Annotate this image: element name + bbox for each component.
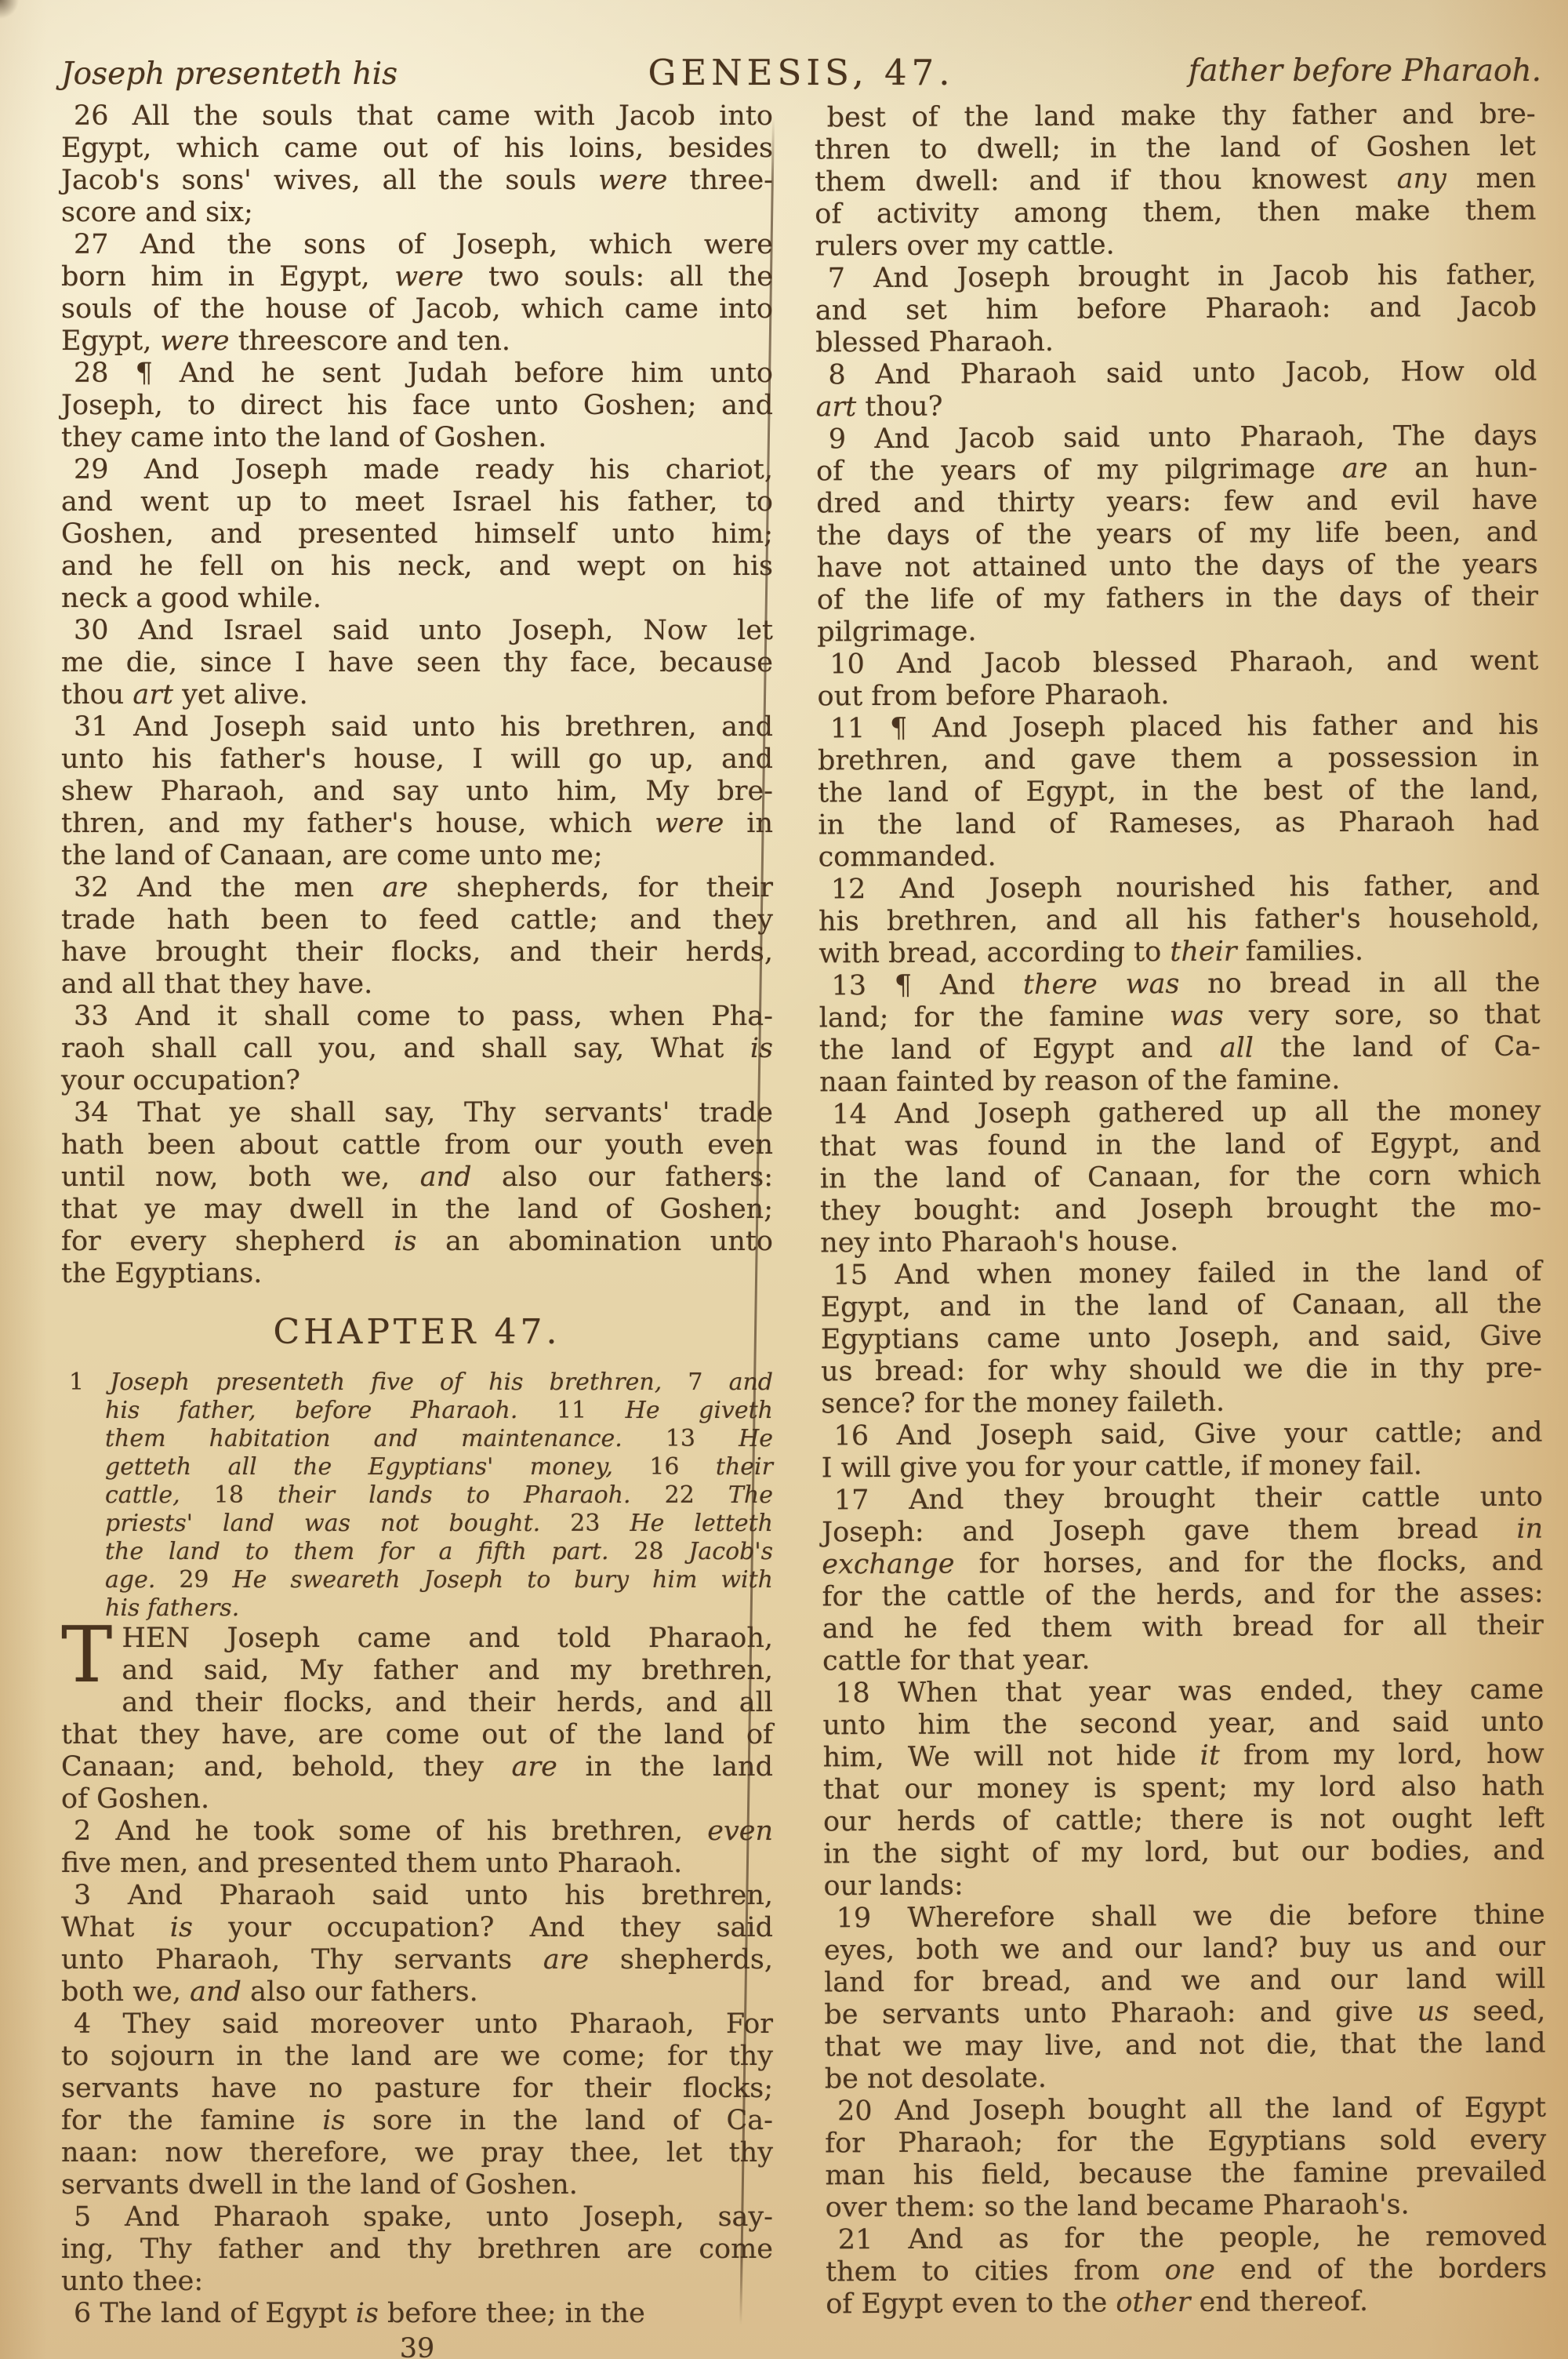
text-line: shew Pharaoh, and say unto him, My bre- (61, 776, 773, 808)
text-line: that ye may dwell in the land of Goshen; (61, 1194, 773, 1226)
text-line: man his field, because the famine prevai… (825, 2157, 1546, 2193)
text-line: raoh shall call you, and shall say, What… (61, 1033, 773, 1065)
text-line: servants have no pasture for their flock… (61, 2073, 773, 2105)
text-line: 28 ¶ And he sent Judah before him unto (61, 358, 773, 390)
verse-paragraph: 27 And the sons of Joseph, which werebor… (61, 229, 773, 358)
verse-paragraph: 30 And Israel said unto Joseph, Now letm… (61, 615, 773, 711)
left-column-text: 26 All the souls that came with Jacob in… (61, 100, 773, 2330)
text-line: for the cattle of the herds, and for the… (822, 1578, 1543, 1614)
text-line: in the sight of my lord, but our bodies,… (823, 1835, 1544, 1871)
chapter-summary: 1 Joseph presenteth five of his brethren… (61, 1369, 773, 1623)
text-line: 10 And Jacob blessed Pharaoh, and went (817, 645, 1538, 682)
text-line: be not desolate. (825, 2060, 1546, 2096)
text-line: rulers over my cattle. (815, 227, 1536, 264)
text-line: to sojourn in the land are we come; for … (61, 2041, 773, 2073)
text-line: Goshen, and presented himself unto him; (61, 518, 773, 551)
verse-paragraph: 12 And Joseph nourished his father, andh… (818, 871, 1541, 971)
text-line: 7 And Joseph brought in Jacob his father… (815, 260, 1537, 296)
text-line: art thou? (816, 388, 1537, 424)
text-line: them to cities from one end of the borde… (826, 2253, 1547, 2289)
text-line: of the life of my fathers in the days of… (817, 581, 1538, 617)
text-line: trade hath been to feed cattle; and they (61, 904, 773, 936)
verse-paragraph: 26 All the souls that came with Jacob in… (61, 100, 773, 229)
text-line: brethren, and gave them a possession in (818, 742, 1539, 778)
text-line: them habitation and maintenance. 13 He (61, 1425, 773, 1453)
text-line: naan fainted by reason of the famine. (819, 1063, 1541, 1100)
verse-paragraph: 4 They said moreover unto Pharaoh, Forto… (61, 2008, 773, 2201)
text-line: priests' land was not bought. 23 He lett… (61, 1510, 773, 1538)
verse-paragraph: 8 And Pharaoh said unto Jacob, How oldar… (815, 356, 1537, 424)
text-line: land for bread, and we and our land will (824, 1964, 1545, 2000)
text-line: both we, and also our fathers. (61, 1976, 773, 2008)
verse-paragraph: 18 When that year was ended, they cameun… (822, 1674, 1544, 1903)
verse-paragraph: 5 And Pharaoh spake, unto Joseph, say-in… (61, 2201, 773, 2298)
text-line: them dwell: and if thou knowest any men (815, 163, 1536, 199)
text-line: that was found in the land of Egypt, and (819, 1128, 1541, 1164)
text-line: thren to dwell; in the land of Goshen le… (815, 131, 1536, 167)
verse-paragraph: 20 And Joseph bought all the land of Egy… (825, 2092, 1547, 2225)
verse-paragraph: 34 That ye shall say, Thy servants' trad… (61, 1097, 773, 1290)
text-line: over them: so the land became Pharaoh's. (826, 2189, 1547, 2225)
verse-paragraph: 29 And Joseph made ready his chariot,and… (61, 454, 773, 615)
text-line: the land of Egypt, in the best of the la… (818, 774, 1539, 810)
text-line: and went up to meet Israel his father, t… (61, 486, 773, 518)
text-line: 31 And Joseph said unto his brethren, an… (61, 711, 773, 743)
text-line: 26 All the souls that came with Jacob in… (61, 100, 773, 133)
text-line: us bread: for why should we die in thy p… (821, 1353, 1542, 1389)
text-line: cattle for that year. (822, 1642, 1544, 1678)
verse-paragraph: 9 And Jacob said unto Pharaoh, The dayso… (816, 420, 1538, 649)
dropcap-initial: T (61, 1623, 122, 1688)
text-line: your occupation? (61, 1065, 773, 1097)
running-header: Joseph presenteth his GENESIS, 47. fathe… (61, 52, 1541, 93)
text-line: 19 Wherefore shall we die before thine (824, 1899, 1545, 1936)
text-line: 5 And Pharaoh spake, unto Joseph, say- (61, 2201, 773, 2234)
text-line: souls of the house of Jacob, which came … (61, 293, 773, 325)
verse-paragraph: 14 And Joseph gathered up all the moneyt… (819, 1096, 1541, 1260)
text-line: the Egyptians. (61, 1258, 773, 1290)
text-line: in the land of Rameses, as Pharaoh had (818, 806, 1539, 842)
text-line: in the land of Canaan, for the corn whic… (820, 1160, 1541, 1196)
text-line: dred and thirty years: few and evil have (816, 485, 1537, 521)
text-line: and said, My father and my brethren, (61, 1655, 773, 1687)
text-line: What is your occupation? And they said (61, 1912, 773, 1944)
text-line: unto his father's house, I will go up, a… (61, 743, 773, 776)
text-line: for Pharaoh; for the Egyptians sold ever… (825, 2125, 1546, 2161)
text-line: him, We will not hide it from my lord, h… (823, 1739, 1544, 1775)
text-line: Egypt, were threescore and ten. (61, 325, 773, 358)
text-line: unto him the second year, and said unto (822, 1707, 1544, 1743)
text-line: be servants unto Pharaoh: and give us se… (824, 1996, 1545, 2032)
verse-paragraph: 28 ¶ And he sent Judah before him untoJo… (61, 358, 773, 454)
text-line: for every shepherd is an abomination unt… (61, 1226, 773, 1258)
chapter-heading: CHAPTER 47. (61, 1314, 773, 1351)
text-line: born him in Egypt, were two souls: all t… (61, 261, 773, 293)
text-line: 17 And they brought their cattle unto (822, 1481, 1543, 1518)
text-line: pilgrimage. (817, 613, 1538, 649)
text-line: with bread, according to their families. (818, 935, 1540, 971)
text-line: the days of the years of my life been, a… (816, 517, 1537, 553)
text-line: sence? for the money faileth. (821, 1385, 1542, 1421)
text-line: 12 And Joseph nourished his father, and (818, 871, 1540, 907)
text-line: out from before Pharaoh. (817, 678, 1538, 714)
text-line: 18 When that year was ended, they came (822, 1674, 1544, 1710)
text-line: 30 And Israel said unto Joseph, Now let (61, 615, 773, 647)
verse-paragraph: 6 The land of Egypt is before thee; in t… (61, 2298, 773, 2330)
text-line: thren, and my father's house, which were… (61, 808, 773, 840)
verse-paragraph: 3 And Pharaoh said unto his brethren,Wha… (61, 1880, 773, 2008)
text-line: and he fell on his neck, and wept on his (61, 551, 773, 583)
verse-paragraph: 15 And when money failed in the land ofE… (820, 1256, 1542, 1421)
text-line: blessed Pharaoh. (815, 324, 1537, 360)
verse-paragraph: 11 ¶ And Joseph placed his father and hi… (818, 710, 1540, 874)
text-line: have brought their flocks, and their her… (61, 936, 773, 969)
text-line: 1 Joseph presenteth five of his brethren… (61, 1369, 773, 1397)
text-line: thou art yet alive. (61, 679, 773, 711)
verse-paragraph: 33 And it shall come to pass, when Pha-r… (61, 1001, 773, 1097)
text-line: for the famine is sore in the land of Ca… (61, 2105, 773, 2137)
text-line: and their flocks, and their herds, and a… (61, 1687, 773, 1719)
text-line: Canaan; and, behold, they are in the lan… (61, 1751, 773, 1783)
verse-paragraph: THEN Joseph came and told Pharaoh,and sa… (61, 1623, 773, 1816)
text-line: Egypt, and in the land of Canaan, all th… (821, 1289, 1542, 1325)
verse-paragraph: 2 And he took some of his brethren, even… (61, 1816, 773, 1880)
text-line: the land of Canaan, are come unto me; (61, 840, 773, 872)
text-line: 11 ¶ And Joseph placed his father and hi… (818, 710, 1539, 746)
text-line: Egypt, which came out of his loins, besi… (61, 133, 773, 165)
text-line: 34 That ye shall say, Thy servants' trad… (61, 1097, 773, 1129)
text-line: his father, before Pharaoh. 11 He giveth (61, 1397, 773, 1425)
text-line: ney into Pharaoh's house. (820, 1224, 1541, 1260)
text-line: hath been about cattle from our youth ev… (61, 1129, 773, 1161)
text-line: his fathers. (61, 1594, 773, 1623)
text-line: of Goshen. (61, 1783, 773, 1816)
verse-paragraph: 7 And Joseph brought in Jacob his father… (815, 260, 1537, 360)
verse-paragraph: best of the land make thy father and bre… (815, 99, 1537, 264)
text-line: and set him before Pharaoh: and Jacob (815, 292, 1537, 328)
text-line: the land of Egypt and all the land of Ca… (819, 1031, 1541, 1067)
text-line: score and six; (61, 197, 773, 229)
text-line: commanded. (818, 838, 1540, 874)
text-line: 20 And Joseph bought all the land of Egy… (825, 2092, 1546, 2128)
text-line: age. 29 He sweareth Joseph to bury him w… (61, 1566, 773, 1594)
text-line: that they have, are come out of the land… (61, 1719, 773, 1751)
text-line: 32 And the men are shepherds, for their (61, 872, 773, 904)
verse-paragraph: 21 And as for the people, he removedthem… (826, 2221, 1548, 2321)
text-line: 15 And when money failed in the land of (820, 1256, 1541, 1292)
text-line: I will give you for your cattle, if mone… (822, 1449, 1543, 1485)
text-line: Egyptians came unto Joseph, and said, Gi… (821, 1321, 1542, 1357)
text-line: 13 ¶ And there was no bread in all the (818, 967, 1540, 1003)
text-line: me die, since I have seen thy face, beca… (61, 647, 773, 679)
text-line: our herds of cattle; there is not ought … (823, 1803, 1544, 1839)
text-line: exchange for horses, and for the flocks,… (822, 1546, 1543, 1582)
text-line: 27 And the sons of Joseph, which were (61, 229, 773, 261)
text-line: have not attained unto the days of the y… (817, 549, 1538, 585)
text-line: cattle, 18 their lands to Pharaoh. 22 Th… (61, 1481, 773, 1510)
page-number: 39 (61, 2333, 773, 2359)
text-line: of activity among them, then make them (815, 195, 1536, 231)
text-line: land; for the famine was very sore, so t… (819, 999, 1541, 1035)
text-line: of the years of my pilgrimage are an hun… (816, 453, 1537, 489)
verse-paragraph: 31 And Joseph said unto his brethren, an… (61, 711, 773, 872)
text-line: getteth all the Egyptians' money, 16 the… (61, 1453, 773, 1481)
text-line: servants dwell in the land of Goshen. (61, 2169, 773, 2201)
text-line: they bought: and Joseph brought the mo- (820, 1192, 1541, 1228)
text-line: unto Pharaoh, Thy servants are shepherds… (61, 1944, 773, 1976)
text-line: they came into the land of Goshen. (61, 422, 773, 454)
text-line: 29 And Joseph made ready his chariot, (61, 454, 773, 486)
text-line: of Egypt even to the other end thereof. (826, 2285, 1547, 2321)
right-column-text: best of the land make thy father and bre… (815, 99, 1548, 2321)
text-line: 3 And Pharaoh said unto his brethren, (61, 1880, 773, 1912)
verse-paragraph: 32 And the men are shepherds, for theirt… (61, 872, 773, 1001)
text-line: 16 And Joseph said, Give your cattle; an… (821, 1417, 1542, 1453)
text-line: 33 And it shall come to pass, when Pha- (61, 1001, 773, 1033)
text-line: 21 And as for the people, he removed (826, 2221, 1547, 2257)
text-line: HEN Joseph came and told Pharaoh, (61, 1623, 773, 1655)
text-line: unto thee: (61, 2266, 773, 2298)
text-line: ing, Thy father and thy brethren are com… (61, 2234, 773, 2266)
text-line: and all that they have. (61, 969, 773, 1001)
verse-paragraph: 19 Wherefore shall we die before thineey… (824, 1899, 1546, 2096)
text-line: 4 They said moreover unto Pharaoh, For (61, 2008, 773, 2041)
text-line: naan: now therefore, we pray thee, let t… (61, 2137, 773, 2169)
text-line: best of the land make thy father and bre… (815, 99, 1536, 135)
verse-paragraph: 13 ¶ And there was no bread in all thela… (818, 967, 1541, 1100)
verse-paragraph: 17 And they brought their cattle untoJos… (822, 1481, 1544, 1678)
right-column: best of the land make thy father and bre… (815, 99, 1548, 2321)
text-line: 6 The land of Egypt is before thee; in t… (61, 2298, 773, 2330)
running-header-right: father before Pharaoh. (1189, 53, 1541, 89)
verse-paragraph: 10 And Jacob blessed Pharaoh, and wentou… (817, 645, 1538, 714)
text-line: that our money is spent; my lord also ha… (823, 1771, 1544, 1807)
text-line: 2 And he took some of his brethren, even (61, 1816, 773, 1848)
text-line: his brethren, and all his father's house… (818, 903, 1540, 939)
text-line: eyes, both we and our land? buy us and o… (824, 1932, 1545, 1968)
text-line: that we may live, and not die, that the … (824, 2028, 1545, 2064)
text-line: and he fed them with bread for all their (822, 1610, 1544, 1646)
text-line: 9 And Jacob said unto Pharaoh, The days (816, 420, 1537, 456)
left-column: 26 All the souls that came with Jacob in… (61, 100, 773, 2359)
verse-paragraph: 16 And Joseph said, Give your cattle; an… (821, 1417, 1542, 1485)
text-line: 14 And Joseph gathered up all the money (819, 1096, 1541, 1132)
text-line: Joseph: and Joseph gave them bread in (822, 1514, 1543, 1550)
text-line: until now, both we, and also our fathers… (61, 1161, 773, 1194)
text-line: neck a good while. (61, 583, 773, 615)
text-line: the land to them for a fifth part. 28 Ja… (61, 1538, 773, 1566)
text-line: five men, and presented them unto Pharao… (61, 1848, 773, 1880)
text-line: our lands: (823, 1867, 1544, 1903)
text-line: Joseph, to direct his face unto Goshen; … (61, 390, 773, 422)
text-line: Jacob's sons' wives, all the souls were … (61, 165, 773, 197)
text-line: 8 And Pharaoh said unto Jacob, How old (815, 356, 1537, 392)
